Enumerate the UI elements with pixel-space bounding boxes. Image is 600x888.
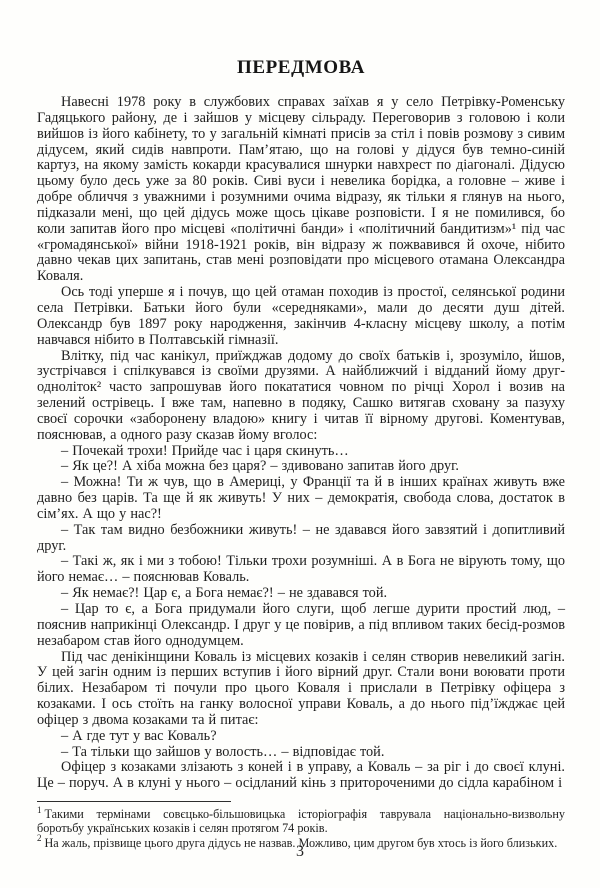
page-title: ПЕРЕДМОВА [37,57,565,79]
dialogue-paragraph: – Як це?! А хіба можна без царя? – здиво… [37,459,565,475]
page-body: Навесні 1978 року в службових справах за… [37,95,565,792]
footnote-text: Такими термінами совєцько-більшовицька і… [37,807,565,835]
paragraph: Влітку, під час канікул, приїжджав додом… [37,349,565,444]
page-number: 3 [0,843,600,861]
footnote: 1Такими термінами совєцько-більшовицька … [37,807,565,835]
dialogue-paragraph: – Та тільки що зайшов у волость… – відпо… [37,745,565,761]
dialogue-paragraph: – А где тут у вас Коваль? [37,729,565,745]
dialogue-paragraph: – Так там видно безбожники живуть! – не … [37,523,565,555]
paragraph: Під час денікінщини Коваль із місцевих к… [37,650,565,729]
paragraph: Ось тоді уперше я і почув, що цей отаман… [37,285,565,348]
footnote-separator [37,801,231,802]
footnote-marker: 2 [37,833,42,843]
dialogue-paragraph: – Як немає?! Цар є, а Бога немає?! – не … [37,586,565,602]
dialogue-paragraph: – Цар то є, а Бога придумали його слуги,… [37,602,565,650]
paragraph: Навесні 1978 року в службових справах за… [37,95,565,285]
book-page: ПЕРЕДМОВА Навесні 1978 року в службових … [0,0,600,888]
dialogue-paragraph: – Такі ж, як і ми з тобою! Тільки трохи … [37,554,565,586]
dialogue-paragraph: – Почекай трохи! Прийде час і царя скину… [37,444,565,460]
dialogue-paragraph: – Можна! Ти ж чув, що в Америці, у Франц… [37,475,565,523]
footnote-marker: 1 [37,805,42,815]
paragraph: Офіцер з козаками злізають з коней і в у… [37,760,565,792]
